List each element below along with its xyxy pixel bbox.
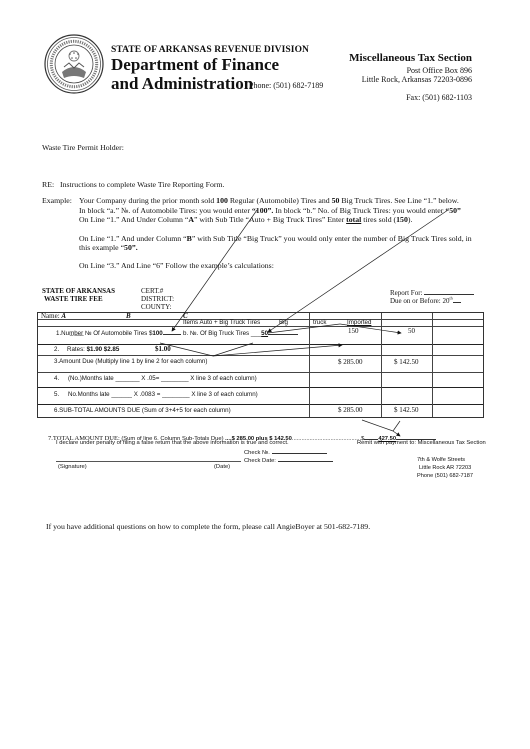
check-number-field[interactable]: Check №.	[244, 448, 327, 456]
column-b-label: B	[126, 312, 131, 320]
row2-rates: Rates: $1.90 $2.85	[67, 346, 119, 353]
example-paragraph-2: In block “a.” №. of Automobile Tires: yo…	[79, 206, 461, 215]
due-date-field[interactable]: Due on or Before: 20th	[390, 295, 461, 305]
row2-rate-b: $1.00	[155, 345, 171, 353]
subtitle-items: Items Auto + Big Truck Tires	[183, 319, 260, 326]
instruction-line1-column-b-cont: this example “50”.	[79, 243, 138, 252]
example-label: Example:	[42, 196, 72, 205]
form-title-line2: WASTE TIRE FEE	[44, 295, 103, 303]
re-text: Instructions to complete Waste Tire Repo…	[60, 180, 224, 189]
row6-label: 6.SUB-TOTAL AMOUNTS DUE (Sum of 3+4+5 fo…	[54, 407, 231, 414]
row6-col1-value[interactable]: $ 285.00	[338, 406, 363, 414]
closing-note: If you have additional questions on how …	[46, 522, 370, 531]
signature-line[interactable]	[56, 461, 241, 462]
declaration: I declare under penalty of filing a fals…	[56, 440, 289, 446]
cert-label: CERT.#	[141, 287, 163, 295]
department-name-line2: and Administration	[111, 74, 253, 94]
re-label: RE:	[42, 180, 54, 189]
row3-label: 3.Amount Due (Multiply line 1 by line 2 …	[54, 358, 207, 365]
remit-city: Little Rock AR 72203	[419, 465, 471, 471]
row5-number: 5.	[54, 391, 59, 398]
form-title-line1: STATE OF ARKANSAS	[42, 287, 115, 295]
state-seal-icon	[44, 34, 104, 94]
remit-phone: Phone (501) 682-7187	[417, 473, 473, 479]
row2-number: 2.	[54, 346, 59, 353]
remit-street: 7th & Wolfe Streets	[417, 457, 465, 463]
row3-col2-value[interactable]: $ 142.50	[394, 358, 419, 366]
salutation: Waste Tire Permit Holder:	[42, 143, 124, 152]
row6-col2-value[interactable]: $ 142.50	[394, 406, 419, 414]
check-date-field[interactable]: Check Date:	[244, 456, 333, 464]
row1-big-truck-field[interactable]: b. №. Of Big Truck Tires ___50	[183, 327, 298, 337]
subtitle-truck: truck	[313, 319, 326, 326]
county-label: COUNTY:	[141, 303, 171, 311]
row3-col1-value[interactable]: $ 285.00	[338, 358, 363, 366]
row1-col1-value[interactable]: 150	[348, 327, 359, 335]
name-label: Name: A	[41, 312, 66, 320]
row1-label: 1.Num̲b̲e̲r̲ № Of Automobile Tires $100	[56, 327, 181, 337]
row4-months-late[interactable]: (No.)Months late _______ X .05= ________…	[68, 375, 257, 382]
division-name: STATE OF ARKANSAS REVENUE DIVISION	[111, 45, 309, 55]
row1-col2-value[interactable]: 50	[408, 327, 415, 335]
fax-number: Fax: (501) 682-1103	[406, 93, 472, 102]
date-label: (Date)	[214, 464, 230, 470]
row4-number: 4.	[54, 375, 59, 382]
city-address: Little Rock, Arkansas 72203-0896	[362, 75, 472, 84]
department-name-line1: Department of Finance	[111, 55, 279, 75]
signature-label: (Signature)	[58, 464, 87, 470]
row5-months-late[interactable]: No.Months late ______ X .0083 = ________…	[68, 391, 258, 398]
instruction-line1-column-a: On Line “1.” And Under Column “A” with S…	[79, 215, 412, 224]
instruction-line1-column-b: On Line “1.” And under Column “B” with S…	[79, 234, 472, 243]
remit-label: Remit with payment to: Miscellaneous Tax…	[357, 440, 486, 446]
po-box: Post Office Box 896	[407, 66, 472, 75]
district-label: DISTRICT:	[141, 295, 174, 303]
instruction-line3-6: On Line “3.” And Line “6” Follow the exa…	[79, 261, 274, 270]
example-paragraph-1: Your Company during the prior month sold…	[79, 196, 459, 205]
subtitle-big: Big	[279, 319, 288, 326]
subtitle-imported: Imported	[347, 319, 371, 326]
waste-tire-fee-table: Name: A B C Items Auto + Big Truck Tires…	[37, 312, 484, 418]
header-phone: Phone: (501) 682-7189	[249, 81, 323, 90]
section-title: Miscellaneous Tax Section	[349, 52, 472, 64]
